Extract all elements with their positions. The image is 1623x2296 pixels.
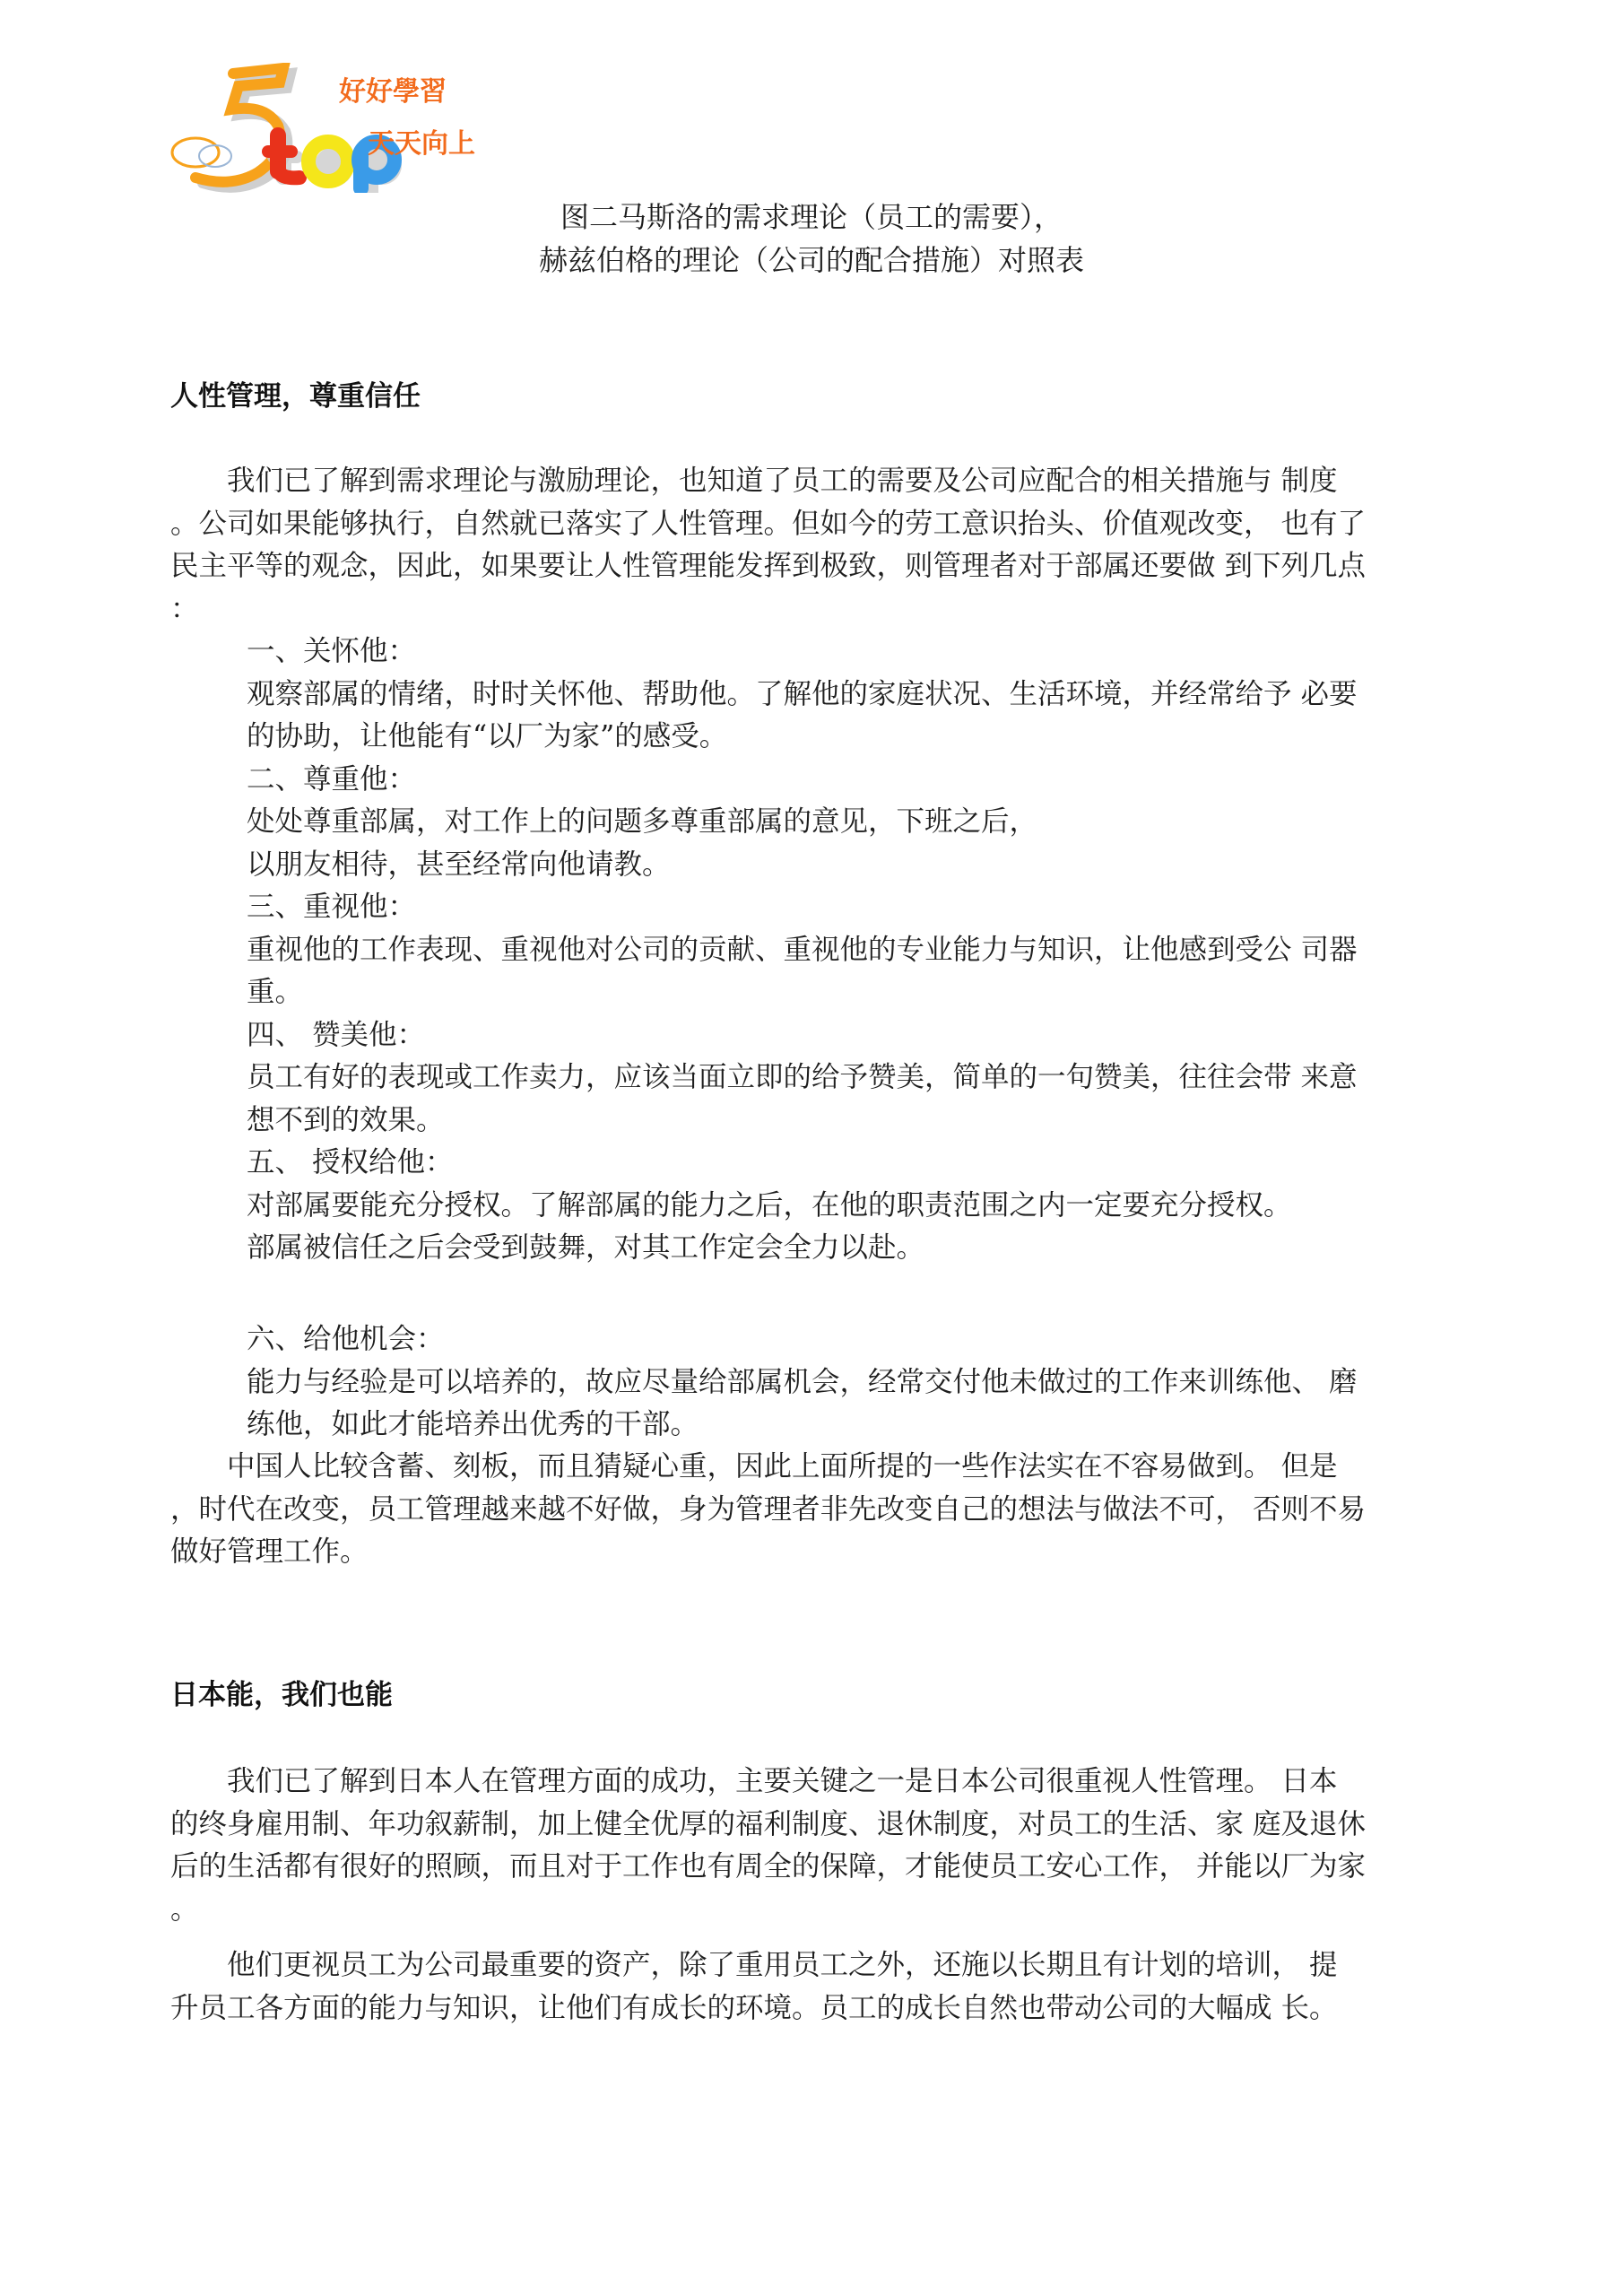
- point-title-3: 三、重视他：: [247, 886, 1502, 929]
- site-logo: 好好學習 天天向上: [169, 63, 545, 193]
- text-line: ：: [170, 588, 1497, 631]
- section-heading-humane-management: 人性管理，尊重信任: [170, 378, 421, 414]
- point-text: 员工有好的表现或工作卖力，应该当面立即的给予赞美，简单的一句赞美，往往会带 来意: [247, 1057, 1502, 1100]
- point-text: 对部属要能充分授权。了解部属的能力之后，在他的职责范围之内一定要充分授权。: [247, 1185, 1502, 1228]
- point-title-4: 四、 赞美他：: [247, 1014, 1502, 1057]
- section1-intro-paragraph: 我们已了解到需求理论与激励理论，也知道了员工的需要及公司应配合的相关措施与 制度…: [170, 460, 1497, 631]
- point-text: 观察部属的情绪，时时关怀他、帮助他。了解他的家庭状况、生活环境，并经常给予 必要: [247, 674, 1502, 717]
- point-six: 六、给他机会： 能力与经验是可以培养的，故应尽量给部属机会，经常交付他未做过的工…: [247, 1318, 1502, 1447]
- text-line: 。公司如果能够执行，自然就已落实了人性管理。但如今的劳工意识抬头、价值观改变， …: [170, 503, 1497, 546]
- logo-slogan-line2: 天天向上: [368, 128, 475, 160]
- section-heading-japan: 日本能，我们也能: [170, 1677, 393, 1713]
- text-line: 民主平等的观念，因此，如果要让人性管理能发挥到极致，则管理者对于部属还要做 到下…: [170, 545, 1497, 588]
- point-text: 练他，如此才能培养出优秀的干部。: [247, 1404, 1502, 1447]
- document-title: 图二马斯洛的需求理论（员工的需要）， 赫兹伯格的理论（公司的配合措施）对照表: [0, 196, 1623, 282]
- text-line: 的终身雇用制、年功叙薪制，加上健全优厚的福利制度、退休制度，对员工的生活、家 庭…: [170, 1804, 1497, 1847]
- point-title-6: 六、给他机会：: [247, 1318, 1502, 1361]
- point-text: 的协助，让他能有“以厂为家”的感受。: [247, 716, 1502, 759]
- point-title-1: 一、关怀他：: [247, 631, 1502, 674]
- text-line: 做好管理工作。: [170, 1531, 1497, 1574]
- points-list: 一、关怀他： 观察部属的情绪，时时关怀他、帮助他。了解他的家庭状况、生活环境，并…: [247, 631, 1502, 1270]
- title-line-2: 赫兹伯格的理论（公司的配合措施）对照表: [0, 239, 1623, 282]
- text-line: 。: [170, 1889, 1497, 1932]
- section1-closing-paragraph: 中国人比较含蓄、刻板，而且猜疑心重，因此上面所提的一些作法实在不容易做到。 但是…: [170, 1446, 1497, 1574]
- point-text: 以朋友相待，甚至经常向他请教。: [247, 844, 1502, 887]
- point-text: 处处尊重部属，对工作上的问题多尊重部属的意见，下班之后，: [247, 801, 1502, 844]
- point-title-5: 五、 授权给他：: [247, 1142, 1502, 1185]
- point-text: 想不到的效果。: [247, 1100, 1502, 1143]
- logo-graphic: 好好學習 天天向上: [169, 63, 545, 193]
- text-line: ，时代在改变，员工管理越来越不好做，身为管理者非先改变自己的想法与做法不可， 否…: [170, 1489, 1497, 1532]
- text-line: 后的生活都有很好的照顾，而且对于工作也有周全的保障，才能使员工安心工作， 并能以…: [170, 1846, 1497, 1889]
- text-line: 升员工各方面的能力与知识，让他们有成长的环境。员工的成长自然也带动公司的大幅成 …: [170, 1987, 1497, 2031]
- text-line: 他们更视员工为公司最重要的资产，除了重用员工之外，还施以长期且有计划的培训， 提: [170, 1944, 1497, 1987]
- text-line: 我们已了解到日本人在管理方面的成功，主要关键之一是日本公司很重视人性管理。 日本: [170, 1761, 1497, 1804]
- point-text: 部属被信任之后会受到鼓舞，对其工作定会全力以赴。: [247, 1227, 1502, 1270]
- point-text: 重。: [247, 971, 1502, 1014]
- point-text: 重视他的工作表现、重视他对公司的贡献、重视他的专业能力与知识，让他感到受公 司器: [247, 929, 1502, 972]
- section2-paragraph-1: 我们已了解到日本人在管理方面的成功，主要关键之一是日本公司很重视人性管理。 日本…: [170, 1761, 1497, 1931]
- section2-paragraph-2: 他们更视员工为公司最重要的资产，除了重用员工之外，还施以长期且有计划的培训， 提…: [170, 1944, 1497, 2030]
- point-text: 能力与经验是可以培养的，故应尽量给部属机会，经常交付他未做过的工作来训练他、 磨: [247, 1361, 1502, 1405]
- point-title-2: 二、尊重他：: [247, 759, 1502, 802]
- text-line: 中国人比较含蓄、刻板，而且猜疑心重，因此上面所提的一些作法实在不容易做到。 但是: [170, 1446, 1497, 1489]
- text-line: 我们已了解到需求理论与激励理论，也知道了员工的需要及公司应配合的相关措施与 制度: [170, 460, 1497, 503]
- logo-slogan-line1: 好好學習: [339, 76, 447, 108]
- title-line-1: 图二马斯洛的需求理论（员工的需要），: [0, 196, 1623, 239]
